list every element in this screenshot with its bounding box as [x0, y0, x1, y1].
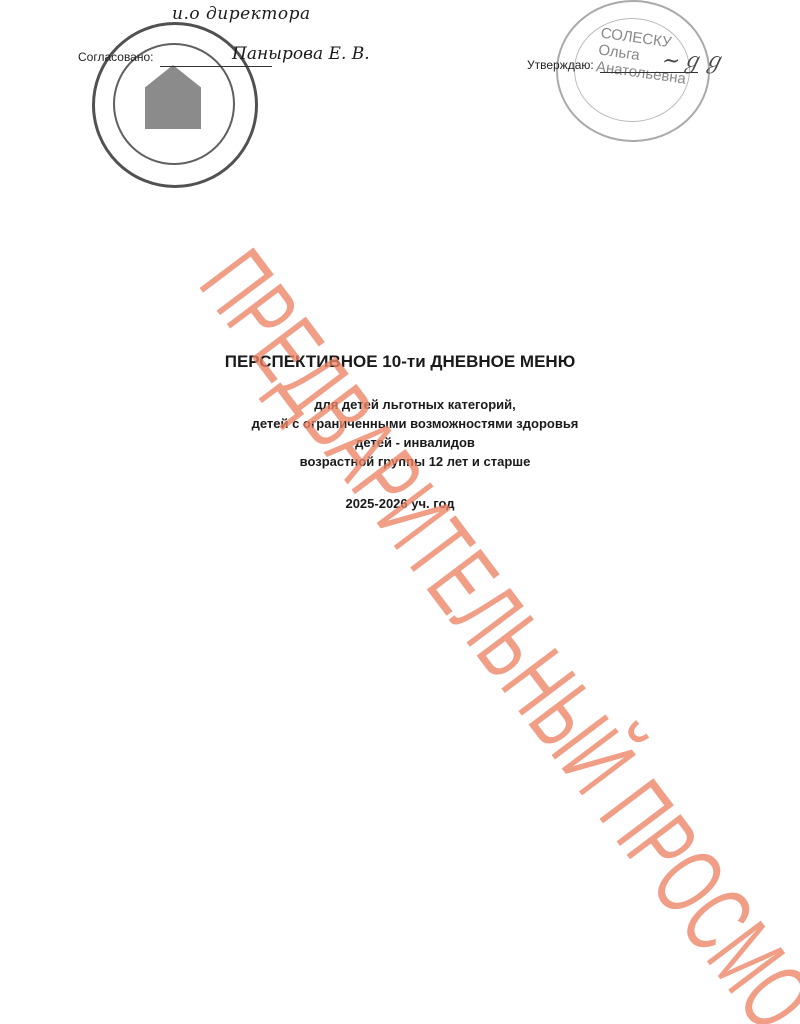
handwritten-name: Панырова Е. В.	[232, 44, 370, 64]
signature-mark: ~ℊℊ	[662, 44, 724, 75]
document-subtitle: для детей льготных категорий, детей с ог…	[0, 395, 800, 471]
subtitle-line: детей с ограниченными возможностями здор…	[30, 414, 800, 433]
agreed-label: Согласовано:	[78, 50, 154, 64]
document-title: ПЕРСПЕКТИВНОЕ 10-ти ДНЕВНОЕ МЕНЮ	[0, 352, 800, 372]
preview-watermark: ПРЕДВАРИТЕЛЬНЫЙ ПРОСМОТР	[178, 230, 641, 793]
approve-label: Утверждаю:	[527, 58, 594, 72]
subtitle-line: возрастной группы 12 лет и старше	[30, 452, 800, 471]
subtitle-line: для детей льготных категорий,	[30, 395, 800, 414]
handwritten-note: и.о директора	[172, 4, 311, 24]
agreed-signature-line	[160, 66, 272, 67]
document-page: и.о директора Согласовано: Панырова Е. В…	[0, 0, 800, 1024]
subtitle-line: детей - инвалидов	[30, 433, 800, 452]
academic-year: 2025-2026 уч. год	[0, 496, 800, 511]
